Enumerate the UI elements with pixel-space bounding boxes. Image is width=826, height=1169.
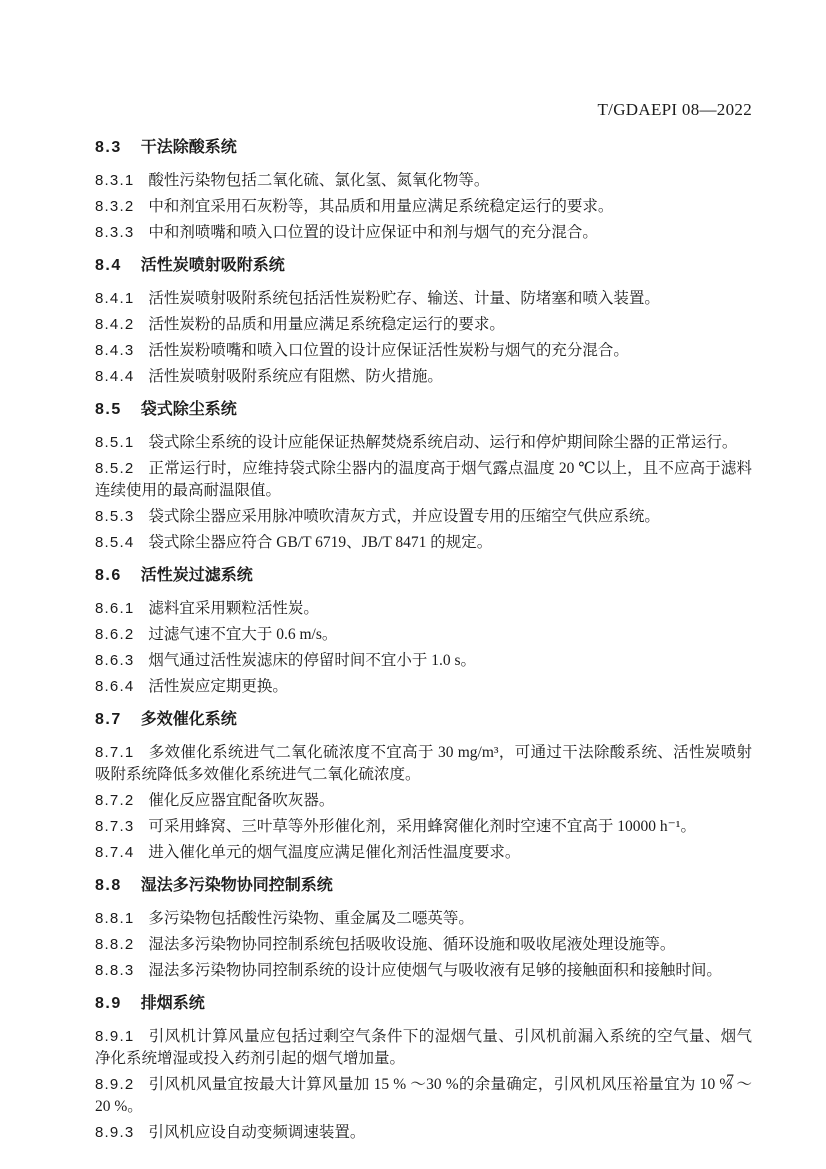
page-footer: 7 xyxy=(95,1072,752,1090)
clause: 8.8.1多污染物包括酸性污染物、重金属及二噁英等。 xyxy=(95,908,752,930)
clause-text: 中和剂宜采用石灰粉等，其品质和用量应满足系统稳定运行的要求。 xyxy=(148,198,613,215)
clause-number: 8.5.2 xyxy=(95,460,134,477)
section-title: 干法除酸系统 xyxy=(141,138,237,158)
clause: 8.7.4进入催化单元的烟气温度应满足催化剂活性温度要求。 xyxy=(95,842,752,864)
section-heading: 8.3 干法除酸系统 xyxy=(95,138,752,158)
section: 8.6 活性炭过滤系统 8.6.1滤料宜采用颗粒活性炭。 8.6.2过滤气速不宜… xyxy=(95,566,752,698)
clause: 8.8.2湿法多污染物协同控制系统包括吸收设施、循环设施和吸收尾液处理设施等。 xyxy=(95,934,752,956)
clause: 8.5.2正常运行时，应维持袋式除尘器内的温度高于烟气露点温度 20 ℃以上，且… xyxy=(95,458,752,502)
clause: 8.7.3可采用蜂窝、三叶草等外形催化剂，采用蜂窝催化剂时空速不宜高于 1000… xyxy=(95,816,752,838)
section-heading: 8.9 排烟系统 xyxy=(95,994,752,1014)
section-heading: 8.4 活性炭喷射吸附系统 xyxy=(95,256,752,276)
clause-number: 8.5.3 xyxy=(95,508,134,525)
clause-text: 湿法多污染物协同控制系统的设计应使烟气与吸收液有足够的接触面积和接触时间。 xyxy=(148,962,722,979)
clause-text: 酸性污染物包括二氧化硫、氯化氢、氮氧化物等。 xyxy=(148,172,489,189)
clause-number: 8.8.2 xyxy=(95,936,134,953)
section: 8.3 干法除酸系统 8.3.1酸性污染物包括二氧化硫、氯化氢、氮氧化物等。 8… xyxy=(95,138,752,244)
clause: 8.3.1酸性污染物包括二氧化硫、氯化氢、氮氧化物等。 xyxy=(95,170,752,192)
section-heading: 8.7 多效催化系统 xyxy=(95,710,752,730)
clause: 8.9.1引风机计算风量应包括过剩空气条件下的湿烟气量、引风机前漏入系统的空气量… xyxy=(95,1026,752,1070)
section-title: 活性炭喷射吸附系统 xyxy=(141,256,285,276)
section: 8.7 多效催化系统 8.7.1多效催化系统进气二氧化硫浓度不宜高于 30 mg… xyxy=(95,710,752,864)
clause-text: 催化反应器宜配备吹灰器。 xyxy=(148,792,334,809)
section-title: 袋式除尘系统 xyxy=(141,400,237,420)
section-number: 8.5 xyxy=(95,400,122,420)
clause-text: 烟气通过活性炭滤床的停留时间不宜小于 1.0 s。 xyxy=(148,652,476,669)
clause: 8.7.1多效催化系统进气二氧化硫浓度不宜高于 30 mg/m³，可通过干法除酸… xyxy=(95,742,752,786)
clause-number: 8.7.4 xyxy=(95,844,134,861)
clause: 8.4.3活性炭粉喷嘴和喷入口位置的设计应保证活性炭粉与烟气的充分混合。 xyxy=(95,340,752,362)
section-number: 8.8 xyxy=(95,876,122,896)
clause: 8.6.3烟气通过活性炭滤床的停留时间不宜小于 1.0 s。 xyxy=(95,650,752,672)
section: 8.5 袋式除尘系统 8.5.1袋式除尘系统的设计应能保证热解焚烧系统启动、运行… xyxy=(95,400,752,554)
clause-text: 多效催化系统进气二氧化硫浓度不宜高于 30 mg/m³，可通过干法除酸系统、活性… xyxy=(95,744,752,783)
section-heading: 8.8 湿法多污染物协同控制系统 xyxy=(95,876,752,896)
clause: 8.6.1滤料宜采用颗粒活性炭。 xyxy=(95,598,752,620)
clause-number: 8.6.1 xyxy=(95,600,134,617)
clause-text: 多污染物包括酸性污染物、重金属及二噁英等。 xyxy=(148,910,474,927)
section-heading: 8.5 袋式除尘系统 xyxy=(95,400,752,420)
clause-text: 袋式除尘器应采用脉冲喷吹清灰方式，并应设置专用的压缩空气供应系统。 xyxy=(148,508,660,525)
clause: 8.5.3袋式除尘器应采用脉冲喷吹清灰方式，并应设置专用的压缩空气供应系统。 xyxy=(95,506,752,528)
clause-number: 8.5.1 xyxy=(95,434,134,451)
clause-number: 8.3.1 xyxy=(95,172,134,189)
clause: 8.5.4袋式除尘器应符合 GB/T 6719、JB/T 8471 的规定。 xyxy=(95,532,752,554)
clause-text: 活性炭粉的品质和用量应满足系统稳定运行的要求。 xyxy=(148,316,505,333)
clause: 8.4.1活性炭喷射吸附系统包括活性炭粉贮存、输送、计量、防堵塞和喷入装置。 xyxy=(95,288,752,310)
clause-number: 8.9.1 xyxy=(95,1028,134,1045)
clause: 8.7.2催化反应器宜配备吹灰器。 xyxy=(95,790,752,812)
clause: 8.4.2活性炭粉的品质和用量应满足系统稳定运行的要求。 xyxy=(95,314,752,336)
clause-number: 8.4.1 xyxy=(95,290,134,307)
section-number: 8.9 xyxy=(95,994,122,1014)
clause-text: 袋式除尘系统的设计应能保证热解焚烧系统启动、运行和停炉期间除尘器的正常运行。 xyxy=(148,434,737,451)
clause: 8.9.3引风机应设自动变频调速装置。 xyxy=(95,1122,752,1144)
clause-text: 正常运行时，应维持袋式除尘器内的温度高于烟气露点温度 20 ℃以上，且不应高于滤… xyxy=(95,460,752,499)
section-title: 活性炭过滤系统 xyxy=(141,566,253,586)
clause: 8.3.3中和剂喷嘴和喷入口位置的设计应保证中和剂与烟气的充分混合。 xyxy=(95,222,752,244)
section-number: 8.4 xyxy=(95,256,122,276)
section-title: 多效催化系统 xyxy=(141,710,237,730)
document-body: 8.3 干法除酸系统 8.3.1酸性污染物包括二氧化硫、氯化氢、氮氧化物等。 8… xyxy=(95,128,752,1156)
section-title: 排烟系统 xyxy=(141,994,205,1014)
clause: 8.3.2中和剂宜采用石灰粉等，其品质和用量应满足系统稳定运行的要求。 xyxy=(95,196,752,218)
clause-text: 活性炭喷射吸附系统应有阻燃、防火措施。 xyxy=(148,368,443,385)
clause-text: 活性炭粉喷嘴和喷入口位置的设计应保证活性炭粉与烟气的充分混合。 xyxy=(148,342,629,359)
section: 8.4 活性炭喷射吸附系统 8.4.1活性炭喷射吸附系统包括活性炭粉贮存、输送、… xyxy=(95,256,752,388)
section-number: 8.6 xyxy=(95,566,122,586)
clause-number: 8.3.2 xyxy=(95,198,134,215)
clause: 8.8.3湿法多污染物协同控制系统的设计应使烟气与吸收液有足够的接触面积和接触时… xyxy=(95,960,752,982)
section-number: 8.3 xyxy=(95,138,122,158)
section: 8.9 排烟系统 8.9.1引风机计算风量应包括过剩空气条件下的湿烟气量、引风机… xyxy=(95,994,752,1144)
clause-text: 活性炭喷射吸附系统包括活性炭粉贮存、输送、计量、防堵塞和喷入装置。 xyxy=(148,290,660,307)
clause-number: 8.4.2 xyxy=(95,316,134,333)
section-number: 8.7 xyxy=(95,710,122,730)
page-number: 7 xyxy=(726,1072,734,1089)
clause-text: 引风机应设自动变频调速装置。 xyxy=(148,1124,365,1141)
clause: 8.4.4活性炭喷射吸附系统应有阻燃、防火措施。 xyxy=(95,366,752,388)
clause-number: 8.7.2 xyxy=(95,792,134,809)
section-heading: 8.6 活性炭过滤系统 xyxy=(95,566,752,586)
clause-number: 8.7.1 xyxy=(95,744,134,761)
clause: 8.6.2过滤气速不宜大于 0.6 m/s。 xyxy=(95,624,752,646)
clause-number: 8.3.3 xyxy=(95,224,134,241)
clause-number: 8.6.2 xyxy=(95,626,134,643)
clause-text: 湿法多污染物协同控制系统包括吸收设施、循环设施和吸收尾液处理设施等。 xyxy=(148,936,675,953)
clause-number: 8.7.3 xyxy=(95,818,134,835)
section: 8.8 湿法多污染物协同控制系统 8.8.1多污染物包括酸性污染物、重金属及二噁… xyxy=(95,876,752,982)
clause-text: 引风机计算风量应包括过剩空气条件下的湿烟气量、引风机前漏入系统的空气量、烟气净化… xyxy=(95,1028,752,1067)
clause-text: 活性炭应定期更换。 xyxy=(148,678,288,695)
clause: 8.6.4活性炭应定期更换。 xyxy=(95,676,752,698)
page-header: T/GDAEPI 08—2022 xyxy=(95,100,752,120)
clause-number: 8.4.4 xyxy=(95,368,134,385)
section-title: 湿法多污染物协同控制系统 xyxy=(141,876,333,896)
clause-number: 8.6.4 xyxy=(95,678,134,695)
clause-text: 过滤气速不宜大于 0.6 m/s。 xyxy=(148,626,337,643)
clause-text: 袋式除尘器应符合 GB/T 6719、JB/T 8471 的规定。 xyxy=(148,534,492,551)
clause-number: 8.4.3 xyxy=(95,342,134,359)
clause-number: 8.8.3 xyxy=(95,962,134,979)
clause-number: 8.8.1 xyxy=(95,910,134,927)
clause: 8.5.1袋式除尘系统的设计应能保证热解焚烧系统启动、运行和停炉期间除尘器的正常… xyxy=(95,432,752,454)
clause-number: 8.5.4 xyxy=(95,534,134,551)
document-page: T/GDAEPI 08—2022 8.3 干法除酸系统 8.3.1酸性污染物包括… xyxy=(0,0,826,1169)
clause-text: 进入催化单元的烟气温度应满足催化剂活性温度要求。 xyxy=(148,844,520,861)
clause-number: 8.6.3 xyxy=(95,652,134,669)
clause-text: 可采用蜂窝、三叶草等外形催化剂，采用蜂窝催化剂时空速不宜高于 10000 h⁻¹… xyxy=(148,818,696,835)
clause-text: 中和剂喷嘴和喷入口位置的设计应保证中和剂与烟气的充分混合。 xyxy=(148,224,598,241)
doc-code: T/GDAEPI 08—2022 xyxy=(598,100,753,119)
clause-text: 滤料宜采用颗粒活性炭。 xyxy=(148,600,319,617)
clause-number: 8.9.3 xyxy=(95,1124,134,1141)
